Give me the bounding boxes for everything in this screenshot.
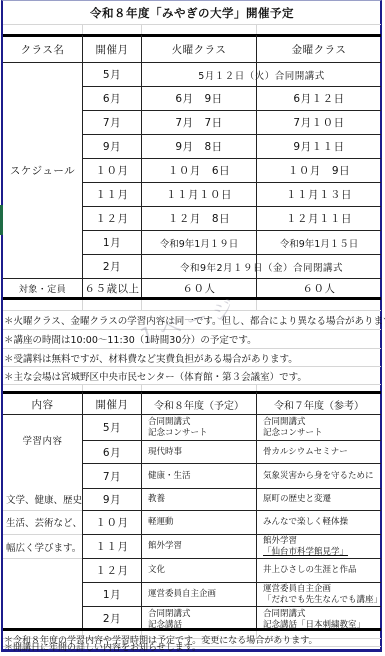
content-r8: 文化 <box>142 559 256 582</box>
schedule-month: 5月 <box>83 63 141 86</box>
content-month: １１月 <box>83 535 141 558</box>
content-r7-line: 合同閉講式 <box>263 609 306 620</box>
description-line: 幅広く学びます。 <box>3 535 82 558</box>
note-top: ＊講座の時間は10:00～11:30（1時間30分）の予定です。 <box>4 330 257 348</box>
content-r7-line: 運営委員自主企画 <box>263 584 331 595</box>
content-month: １０月 <box>83 511 141 534</box>
content-month: 7月 <box>83 464 141 488</box>
content-r7: 運営委員自主企画「だれでも先生なんでも講座」 <box>257 583 381 606</box>
content-r8-line: 合同閉講式 <box>148 609 191 620</box>
schedule-tuesday: １１月１０日 <box>142 183 256 206</box>
content-row-label: 学習内容 <box>3 415 82 465</box>
content-r7-line: 合同開講式 <box>263 417 306 428</box>
content-r7: 合同開講式記念コンサート <box>257 415 381 440</box>
note-top: ＊受講料は無料ですが、材料費など実費負担がある場合があります。 <box>4 349 298 367</box>
target-tuesday-capacity: ６０人 <box>142 279 256 298</box>
schedule-friday: 6月１２日 <box>257 87 381 110</box>
schedule-month: １０月 <box>83 159 141 182</box>
gridline <box>3 384 381 385</box>
content-r7: みんなで楽しく軽体操 <box>257 511 381 534</box>
content-month: 5月 <box>83 415 141 440</box>
gridline <box>3 558 82 559</box>
content-r7: 合同閉講式記念講話「日本刺繍教室」 <box>257 607 381 629</box>
schedule-tuesday: 令和9年1月１９日 <box>142 231 256 254</box>
content-month: １２月 <box>83 559 141 582</box>
content-month: 9月 <box>83 489 141 510</box>
schedule-friday: 令和9年1月１５日 <box>257 231 381 254</box>
content-r7-line: 原町の歴史と変遷 <box>263 494 331 505</box>
col-rule <box>82 35 83 298</box>
header-month: 開催月 <box>83 394 141 414</box>
content-r8-line: 運営委員自主企画 <box>148 589 216 600</box>
schedule-month: 9月 <box>83 135 141 158</box>
schedule-tuesday: 7月 7日 <box>142 111 256 134</box>
schedule-month: １２月 <box>83 207 141 230</box>
schedule-tuesday: 9月 8日 <box>142 135 256 158</box>
content-month: 1月 <box>83 583 141 606</box>
schedule-merged: 5月１２日（火）合同開講式 <box>142 63 381 86</box>
schedule-friday: １０月 9日 <box>257 159 381 182</box>
content-r8: 合同閉講式記念講話 <box>142 607 256 629</box>
content-r7: 井上ひさしの生涯と作品 <box>257 559 381 582</box>
gridline <box>3 534 82 535</box>
schedule-merged: 令和9年2月１９日（金）合同閉講式 <box>142 255 381 278</box>
content-r7-line: 井上ひさしの生涯と作品 <box>263 565 357 576</box>
content-r8: 運営委員自主企画 <box>142 583 256 606</box>
content-r7-line: みんなで楽しく軽体操 <box>263 517 348 528</box>
schedule-friday: １１月１３日 <box>257 183 381 206</box>
header-class-name: クラス名 <box>3 37 82 62</box>
schedule-month: 6月 <box>83 87 141 110</box>
gridline <box>82 300 83 310</box>
content-r7: 気象災害から身を守るために <box>257 464 381 488</box>
header-tuesday-class: 火曜クラス <box>142 37 256 62</box>
col-rule <box>256 35 257 298</box>
note-bottom: ＊開講日に年間の詳しい内容をお知らせします。 <box>4 640 201 652</box>
content-r7: 原町の歴史と変遷 <box>257 489 381 510</box>
note-top: ＊火曜クラス、金曜クラスの学習内容は同一です。但し、都合により異なる場合がありま… <box>4 311 385 329</box>
schedule-tuesday: １２月 8日 <box>142 207 256 230</box>
content-r8-line: 軽運動 <box>148 517 174 528</box>
gridline <box>3 510 82 511</box>
content-month: 2月 <box>83 607 141 629</box>
schedule-row-label: スケジュール <box>3 63 82 278</box>
gridline <box>141 300 142 310</box>
content-r8: 健康・生活 <box>142 464 256 488</box>
content-r8-line: 記念コンサート <box>148 428 208 439</box>
col-rule <box>256 392 257 629</box>
content-month: 6月 <box>83 441 141 463</box>
content-r8: 教養 <box>142 489 256 510</box>
content-r8: 合同開講式記念コンサート <box>142 415 256 440</box>
gridline <box>256 300 257 310</box>
schedule-month: 1月 <box>83 231 141 254</box>
col-rule <box>82 392 83 629</box>
target-label: 対象・定員 <box>3 279 82 298</box>
content-r7: 館外学習「仙台市科学館見学」 <box>257 535 381 558</box>
content-r8-line: 現代時事 <box>148 447 182 458</box>
schedule-tuesday: １０月 6日 <box>142 159 256 182</box>
header-content: 内容 <box>3 394 82 414</box>
content-r7-line: 骨カルシウムセミナー <box>263 447 348 458</box>
content-r8-line: 館外学習 <box>148 541 182 552</box>
schedule-month: １１月 <box>83 183 141 206</box>
header-r7-reference: 令和７年度（参考） <box>257 394 381 414</box>
schedule-month: 7月 <box>83 111 141 134</box>
content-r7-line: 「だれでも先生なんでも講座」 <box>263 595 381 606</box>
content-r8: 現代時事 <box>142 441 256 463</box>
content-r8-line: 教養 <box>148 494 165 505</box>
content-r8-line: 合同開講式 <box>148 417 191 428</box>
table-bottom-rule <box>3 628 381 631</box>
note-top: ＊主な会場は宮城野区中央市民センター（体育館・第３会議室）です。 <box>4 367 307 385</box>
content-r8: 軽運動 <box>142 511 256 534</box>
target-friday-capacity: ６０人 <box>257 279 381 298</box>
description-line: 文学、健康、歴史 <box>3 488 82 510</box>
col-rule <box>141 35 142 298</box>
content-r7-line: 気象災害から身を守るために <box>263 471 374 482</box>
schedule-friday: １２月１１日 <box>257 207 381 230</box>
content-r8-line: 文化 <box>148 565 165 576</box>
content-r7-line: 「仙台市科学館見学」 <box>263 547 348 558</box>
table-bottom-rule <box>3 297 381 300</box>
content-r7-line: 館外学習 <box>263 536 297 547</box>
header-r8-plan: 令和８年度（予定） <box>142 394 256 414</box>
page-title: 令和８年度「みやぎの大学」開催予定 <box>3 2 381 24</box>
content-r8-line: 健康・生活 <box>148 471 191 482</box>
target-age: ６５歳以上 <box>83 279 141 298</box>
col-rule <box>141 392 142 629</box>
gridline <box>3 24 381 25</box>
schedule-tuesday: 6月 9日 <box>142 87 256 110</box>
header-friday-class: 金曜クラス <box>257 37 381 62</box>
content-r7-line: 記念コンサート <box>263 428 323 439</box>
schedule-friday: 7月１０日 <box>257 111 381 134</box>
header-month: 開催月 <box>83 37 141 62</box>
schedule-friday: 9月１１日 <box>257 135 381 158</box>
description-line: 生活、芸術など、 <box>3 511 82 533</box>
content-r8: 館外学習 <box>142 535 256 558</box>
schedule-month: 2月 <box>83 255 141 278</box>
content-r7: 骨カルシウムセミナー <box>257 441 381 463</box>
